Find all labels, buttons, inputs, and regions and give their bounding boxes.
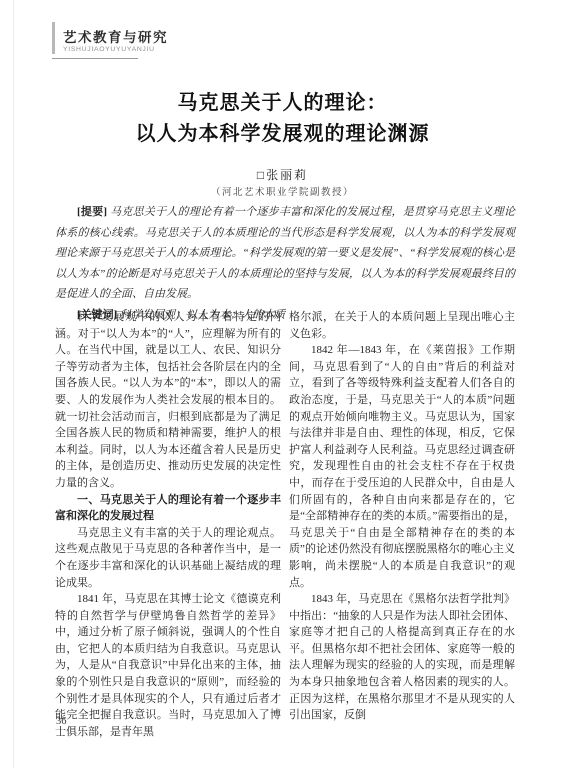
- abstract: [提要] 马克思关于人的理论有着一个逐步丰富和深化的发展过程，是贯穿马克思主义理…: [55, 202, 515, 305]
- body-paragraph: 1841 年，马克思在其博士论文《德谟克利特的自然哲学与伊壁鸠鲁自然哲学的差异》…: [55, 591, 281, 740]
- author-name: □张丽莉: [0, 166, 565, 183]
- section-heading: 一、马克思关于人的理论有着一个逐步丰富和深化的发展过程: [55, 492, 281, 525]
- author-affiliation: （河北艺术职业学院副教授）: [0, 184, 565, 198]
- left-column: 科学发展观中的以人为本有着特定的内涵。对于“以人为本”的“人”，应理解为所有的人…: [55, 309, 281, 740]
- abstract-text: 马克思关于人的理论有着一个逐步丰富和深化的发展过程，是贯穿马克思主义理论体系的核…: [55, 206, 515, 300]
- body-paragraph: 马克思主义有丰富的关于人的理论观点。这些观点散见于马克思的各种著作当中，是一个在…: [55, 525, 281, 591]
- body-paragraph: 1842 年—1843 年，在《莱茵报》工作期间，马克思看到了“人的自由”背后的…: [289, 342, 515, 591]
- article-title-line1: 马克思关于人的理论：: [178, 92, 388, 114]
- right-column: 格尔派，在关于人的本质问题上呈现出唯心主义色彩。1842 年—1843 年，在《…: [289, 309, 515, 740]
- abstract-label: [提要]: [77, 206, 110, 218]
- article-title-line2: 以人为本科学发展观的理论渊源: [136, 123, 430, 145]
- journal-badge-underline: [52, 58, 138, 59]
- body-paragraph: 1843 年，马克思在《黑格尔法哲学批判》中指出：“抽象的人只是作为法人即社会团…: [289, 591, 515, 724]
- scanned-journal-page: { "journal": { "name": "艺术教育与研究", "pinyi…: [0, 0, 565, 768]
- journal-pinyin: YISHUJIAOYUYUYANJIU: [63, 45, 168, 54]
- journal-header: 艺术教育与研究 YISHUJIAOYUYUYANJIU: [52, 22, 168, 54]
- journal-badge-bar: [52, 22, 55, 54]
- journal-name: 艺术教育与研究: [63, 30, 168, 45]
- page-number: 36: [56, 716, 67, 727]
- body-paragraph: 科学发展观中的以人为本有着特定的内涵。对于“以人为本”的“人”，应理解为所有的人…: [55, 309, 281, 492]
- body-paragraph: 格尔派，在关于人的本质问题上呈现出唯心主义色彩。: [289, 309, 515, 342]
- body-text: 科学发展观中的以人为本有着特定的内涵。对于“以人为本”的“人”，应理解为所有的人…: [55, 309, 515, 740]
- journal-badge-text: 艺术教育与研究 YISHUJIAOYUYUYANJIU: [63, 22, 168, 54]
- front-matter: [提要] 马克思关于人的理论有着一个逐步丰富和深化的发展过程，是贯穿马克思主义理…: [55, 202, 515, 326]
- article-title: 马克思关于人的理论： 以人为本科学发展观的理论渊源: [0, 88, 565, 150]
